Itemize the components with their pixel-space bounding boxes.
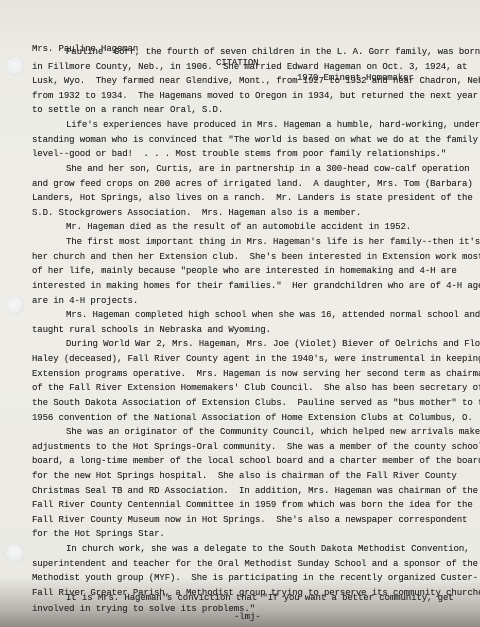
text-line: Mr. Hageman died as the result of an aut… xyxy=(66,220,411,235)
text-line: taught rural schools in Nebraska and Wyo… xyxy=(32,323,271,338)
text-line: The first most important thing in Mrs. H… xyxy=(66,235,480,250)
text-line: involved in trying to solve its problems… xyxy=(32,602,255,617)
text-line: Christmas Seal TB and RD Association. In… xyxy=(32,484,478,499)
text-line: Pauline Gorr, the fourth of seven childr… xyxy=(66,45,480,60)
text-line: Fall River County Museum now in Hot Spri… xyxy=(32,513,467,528)
text-line: She and her son, Curtis, are in partners… xyxy=(66,162,470,177)
text-line: level--good or bad! . . . Most trouble s… xyxy=(32,147,446,162)
punch-hole-middle xyxy=(6,296,24,314)
text-line: S.D. Stockgrowers Association. Mrs. Hage… xyxy=(32,206,361,221)
text-line: Haley (deceased), Fall River County agen… xyxy=(32,352,480,367)
document-page: Mrs. Pauline Hageman CITATION 1970 Emine… xyxy=(0,0,480,627)
text-line: Methodist youth group (MYF). She is part… xyxy=(32,571,478,586)
text-line: interested in making homes for their fam… xyxy=(32,279,480,294)
typist-initials: -lmj- xyxy=(234,610,261,625)
text-line: to settle on a ranch near Oral, S.D. xyxy=(32,103,223,118)
text-line: During World War 2, Mrs. Hageman, Mrs. J… xyxy=(66,337,480,352)
text-line: 1956 convention of the National Associat… xyxy=(32,411,473,426)
text-line: for the new Hot Springs hospital. She al… xyxy=(32,469,457,484)
text-line: Lusk, Wyo. They farmed near Glendive, Mo… xyxy=(32,74,480,89)
text-line: Mrs. Hageman completed high school when … xyxy=(66,308,480,323)
text-line: her church and then her Extension club. … xyxy=(32,250,480,265)
text-line: of the Fall River Extension Homemakers' … xyxy=(32,381,480,396)
text-line: of her life, mainly because "people who … xyxy=(32,264,457,279)
text-line: in Fillmore County, Neb., in 1906. She m… xyxy=(32,60,467,75)
text-line: from 1932 to 1934. The Hagemans moved to… xyxy=(32,89,478,104)
text-line: In church work, she was a delegate to th… xyxy=(66,542,470,557)
text-line: board, a long-time member of the local s… xyxy=(32,454,480,469)
text-line: Landers, Hot Springs, also lives on a ra… xyxy=(32,191,473,206)
text-line: are in 4-H projects. xyxy=(32,294,138,309)
text-line: for the Hot Springs Star. xyxy=(32,527,165,542)
text-line: and grow feed crops on 200 acres of irri… xyxy=(32,177,473,192)
document-header: Mrs. Pauline Hageman CITATION 1970 Emine… xyxy=(0,27,21,100)
text-line: Life's experiences have produced in Mrs.… xyxy=(66,118,480,133)
punch-hole-bottom xyxy=(6,544,24,562)
text-line: standing woman who is convinced that "Th… xyxy=(32,133,478,148)
text-line: She was an originator of the Community C… xyxy=(66,425,480,440)
text-line: adjustments to the Hot Springs-Oral comm… xyxy=(32,440,480,455)
text-line: the South Dakota Association of Extensio… xyxy=(32,396,480,411)
text-line: Fall River County Centennial Committee i… xyxy=(32,498,473,513)
text-line: superintendent and teacher for the Oral … xyxy=(32,557,478,572)
text-line: Extension programs operative. Mrs. Hagem… xyxy=(32,367,480,382)
